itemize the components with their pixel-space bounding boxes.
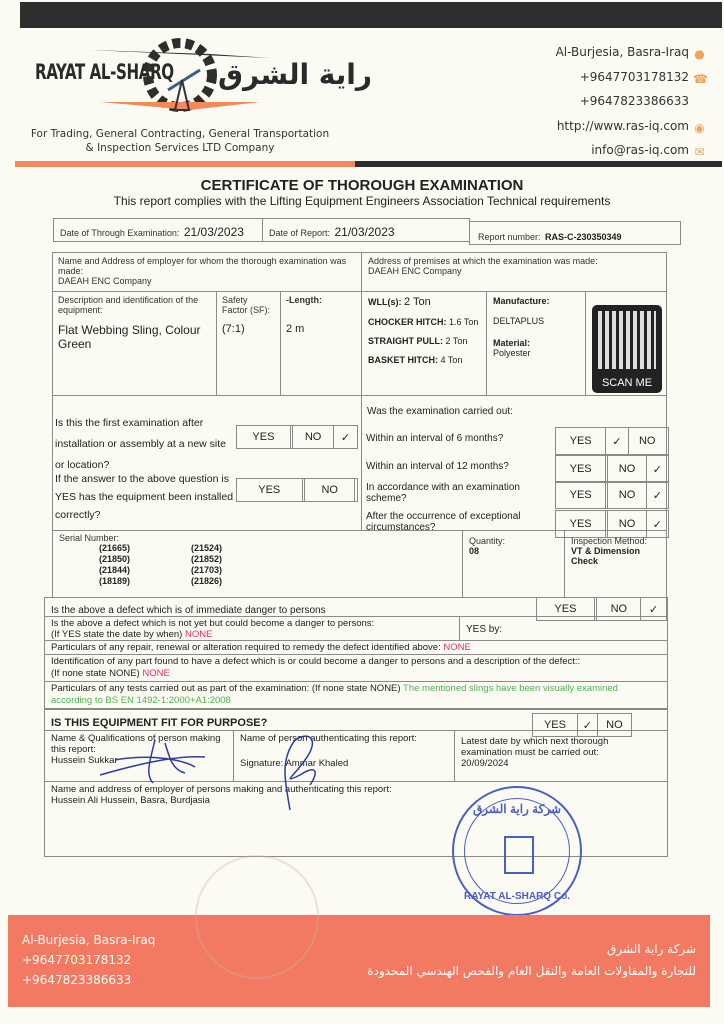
exam-date-cell: Date of Through Examination: 21/03/2023 [53,218,263,242]
quantity-value: 08 [469,546,558,556]
authenticator-signature [260,730,330,815]
tagline-line-2: & Inspection Services LTD Company [30,141,330,155]
report-number-cell: Report number: RAS-C-230350349 [469,221,681,245]
logo-text-en: RAYAT AL-SHARQ [35,60,174,84]
logo-text-ar: راية الشرق [218,58,372,91]
stamp-text-en: RAYAT AL-SHARQ Co. [454,891,580,902]
method-value: VT & Dimension Check [571,546,660,566]
footer-watermark-stamp [195,855,319,979]
length-cell: -Length: 2 m [280,291,362,396]
serial-number: (21852) [191,554,283,565]
company-tagline: For Trading, General Contracting, Genera… [30,127,330,155]
serial-number: (21665) [99,543,191,554]
quantity-cell: Quantity: 08 [462,530,565,598]
employer-value: DAEAH ENC Company [58,276,356,286]
interval-yes-no: YES✓NO [555,427,669,455]
header-divider-dark [355,161,722,167]
first-exam-yes-no: YESNO✓ [236,425,358,449]
interval-question: Within an interval of 12 months? [366,456,546,472]
repair-row: Particulars of any repair, renewal or al… [44,640,668,655]
certificate-subtitle: This report complies with the Lifting Eq… [0,194,724,208]
safety-factor-cell: Safety Factor (SF): (7:1) [216,291,281,396]
serial-cell: Serial Number: (21665)(21524)(21850)(218… [52,530,463,598]
next-exam-cell: Latest date by which next thorough exami… [454,730,668,782]
report-date: 21/03/2023 [334,225,394,239]
exam-date: 21/03/2023 [184,225,244,239]
contact-phone-2: +9647823386633 [556,89,706,114]
contact-website[interactable]: http://www.ras-iq.com◉ [556,114,706,139]
stamp-derrick-icon [504,836,534,874]
footer-arabic: شركة راية الشرق للتجارة والمقاولات العام… [367,938,696,982]
manufacture-value: DELTAPLUS [493,316,579,326]
description-cell: Description and identification of the eq… [52,291,217,396]
header-top-bar [20,2,722,28]
phone-icon: ☎ [693,73,706,86]
qr-pattern [598,311,656,369]
installed-question: If the answer to the above question is Y… [55,470,235,524]
wll-cell: WLL(s): 2 Ton CHOCKER HITCH: 1.6 Ton STR… [361,291,487,396]
length-value: 2 m [286,323,356,335]
maker-signature [95,735,215,785]
material-value: Polyester [493,348,579,358]
yes-by-cell: YES by: [459,616,668,641]
carried-out-label: Was the examination carried out: [367,406,513,417]
repair-value: NONE [443,642,470,653]
manufacture-cell: Manufacture: DELTAPLUS Material: Polyest… [486,291,586,396]
company-stamp: شركة راية الشرق RAYAT AL-SHARQ Co. [452,786,582,916]
serial-number: (18189) [99,576,191,587]
interval-question: Within an interval of 6 months? [366,428,546,444]
serial-number: (21524) [191,543,283,554]
serial-number: (21703) [191,565,283,576]
first-exam-no-box[interactable]: ✓ [334,426,358,449]
interval-no-box[interactable] [666,428,668,455]
envelope-icon: ✉ [693,146,706,159]
scan-me-label: SCAN ME [592,377,662,389]
stamp-text-ar: شركة راية الشرق [454,802,580,816]
method-cell: Inspection Method: VT & Dimension Check [564,530,667,598]
safety-factor-value: (7:1) [222,323,275,335]
employer-cell: Name and Address of employer for whom th… [52,252,362,292]
footer-ar-line-1: شركة راية الشرق [367,938,696,960]
header-divider-orange [15,161,355,167]
footer-phone-1: +9647703178132 [22,950,155,970]
description-value: Flat Webbing Sling, Colour Green [58,323,211,351]
footer-ar-line-2: للتجارة والمقاولات العامة والنقل العام و… [367,960,696,982]
report-number: RAS-C-230350349 [545,232,622,242]
footer-contact: Al-Burjesia, Basra-Iraq +9647703178132 +… [22,930,155,990]
serial-list: (21665)(21524)(21850)(21852)(21844)(2170… [99,543,456,587]
future-danger-cell: Is the above a defect which is not yet b… [44,616,460,641]
qr-code[interactable]: SCAN ME [592,305,662,393]
location-pin-icon: ● [693,48,706,61]
serial-number: (21844) [99,565,191,576]
contact-phone-1: +9647703178132☎ [556,65,706,90]
serial-number: (21850) [99,554,191,565]
certificate-title: CERTIFICATE OF THOROUGH EXAMINATION [0,177,724,194]
tests-row: Particulars of any tests carried out as … [44,681,668,709]
next-exam-date: 20/09/2024 [461,758,661,769]
footer-phone-2: +9647823386633 [22,970,155,990]
interval-yes-box[interactable]: ✓ [606,428,628,455]
installed-no-box[interactable] [355,479,358,502]
globe-icon: ◉ [693,122,706,135]
identification-value: NONE [142,668,169,679]
serial-number: (21826) [191,576,283,587]
contact-address: Al-Burjesia, Basra-Iraq● [556,40,706,65]
interval-yes-no: YESNO✓ [555,481,669,509]
premises-cell: Address of premises at which the examina… [361,252,667,292]
installed-yes-no: YESNO [236,478,358,502]
tagline-line-1: For Trading, General Contracting, Genera… [30,127,330,141]
footer-address: Al-Burjesia, Basra-Iraq [22,930,155,950]
premises-value: DAEAH ENC Company [368,266,660,276]
identification-row: Identification of any part found to have… [44,654,668,682]
first-exam-question: Is this the first examination after inst… [55,413,235,476]
interval-no-box[interactable]: ✓ [646,482,668,509]
future-danger-value: NONE [185,629,212,640]
contact-block: Al-Burjesia, Basra-Iraq● +9647703178132☎… [556,40,706,163]
report-date-cell: Date of Report: 21/03/2023 [262,218,470,242]
interval-yes-no: YESNO✓ [555,455,669,483]
interval-question: In accordance with an examination scheme… [366,482,546,504]
interval-no-box[interactable]: ✓ [646,456,668,483]
contact-email[interactable]: info@ras-iq.com✉ [556,138,706,163]
